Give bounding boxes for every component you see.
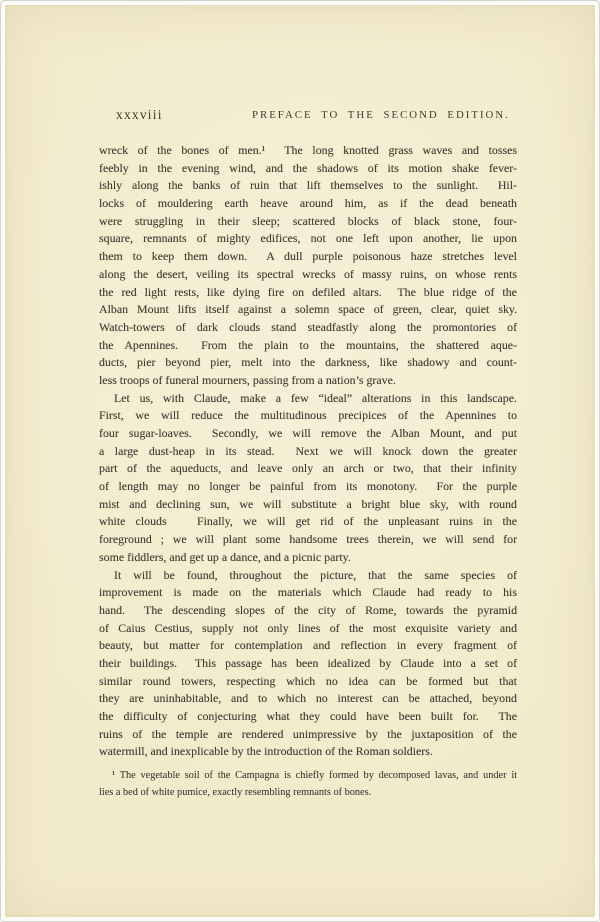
text-line-p1-4: locks of mouldering earth heave around h…	[99, 195, 517, 213]
text-line-p1-12: the Apennines. From the plain to the mou…	[99, 337, 517, 355]
text-line-p1-9: the red light rests, like dying fire on …	[99, 284, 517, 302]
text-line-p1-1: wreck of the bones of men.¹ The long kno…	[99, 142, 517, 160]
text-line-p2-7: mist and declining sun, we will substitu…	[99, 496, 517, 514]
text-line-p3-1: It will be found, throughout the picture…	[99, 567, 517, 585]
text-line-p1-2: feebly in the evening wind, and the shad…	[99, 160, 517, 178]
paragraph-2: Let us, with Claude, make a few “ideal” …	[99, 390, 517, 567]
text-line-p2-8: white clouds Finally, we will get rid of…	[99, 513, 517, 531]
text-line-fn-2: lies a bed of white pumice, exactly rese…	[99, 785, 517, 802]
text-line-p2-10: some fiddlers, and get up a dance, and a…	[99, 549, 517, 567]
scanned-book-page: xxxviii PREFACE TO THE SECOND EDITION. w…	[0, 0, 600, 922]
text-line-p1-6: square, remnants of mighty edifices, not…	[99, 230, 517, 248]
text-line-p3-4: of Caius Cestius, supply not only lines …	[99, 620, 517, 638]
footnote: ¹ The vegetable soil of the Campagna is …	[99, 768, 517, 802]
text-line-p3-8: they are uninhabitable, and to which no …	[99, 690, 517, 708]
text-line-p2-2: First, we will reduce the multitudinous …	[99, 407, 517, 425]
text-line-p1-14: less troops of funeral mourners, passing…	[99, 372, 517, 390]
text-line-p1-11: Watch-towers of dark clouds stand steadf…	[99, 319, 517, 337]
text-line-p1-5: were struggling in their sleep; scattere…	[99, 213, 517, 231]
text-line-p1-3: ishly along the banks of ruin that lift …	[99, 177, 517, 195]
text-line-p2-5: part of the aqueducts, and leave only an…	[99, 460, 517, 478]
text-line-p2-9: foreground ; we will plant some handsome…	[99, 531, 517, 549]
text-line-p2-6: of length may no longer be painful from …	[99, 478, 517, 496]
paragraph-3: It will be found, throughout the picture…	[99, 567, 517, 762]
page-number: xxxviii	[116, 107, 163, 123]
running-title: PREFACE TO THE SECOND EDITION.	[252, 109, 510, 121]
text-line-p3-7: similar round towers, respecting which n…	[99, 673, 517, 691]
text-line-p3-10: ruins of the temple are rendered unimpre…	[99, 726, 517, 744]
text-line-p2-1: Let us, with Claude, make a few “ideal” …	[99, 390, 517, 408]
text-line-p2-4: a large dust-heap in its stead. Next we …	[99, 443, 517, 461]
paper: xxxviii PREFACE TO THE SECOND EDITION. w…	[5, 5, 595, 917]
text-line-fn-1: ¹ The vegetable soil of the Campagna is …	[99, 768, 517, 785]
text-line-p1-10: Alban Mount lifts itself against a solem…	[99, 301, 517, 319]
text-block: xxxviii PREFACE TO THE SECOND EDITION. w…	[99, 107, 517, 802]
text-line-p1-8: along the desert, veiling its spectral w…	[99, 266, 517, 284]
text-line-p3-2: improvement is made on the materials whi…	[99, 584, 517, 602]
text-line-p3-5: beauty, but matter for contemplation and…	[99, 637, 517, 655]
page-body: wreck of the bones of men.¹ The long kno…	[99, 142, 517, 761]
text-line-p3-9: the difficulty of conjecturing what they…	[99, 708, 517, 726]
text-line-p3-11: watermill, and inexplicable by the intro…	[99, 743, 517, 761]
text-line-p3-6: their buildings. This passage has been i…	[99, 655, 517, 673]
text-line-p1-7: them to keep them down. A dull purple po…	[99, 248, 517, 266]
text-line-p1-13: ducts, pier beyond pier, melt into the d…	[99, 354, 517, 372]
text-line-p2-3: four sugar-loaves. Secondly, we will rem…	[99, 425, 517, 443]
paragraph-1: wreck of the bones of men.¹ The long kno…	[99, 142, 517, 390]
page-header: xxxviii PREFACE TO THE SECOND EDITION.	[99, 107, 517, 122]
text-line-p3-3: hand. The descending slopes of the city …	[99, 602, 517, 620]
